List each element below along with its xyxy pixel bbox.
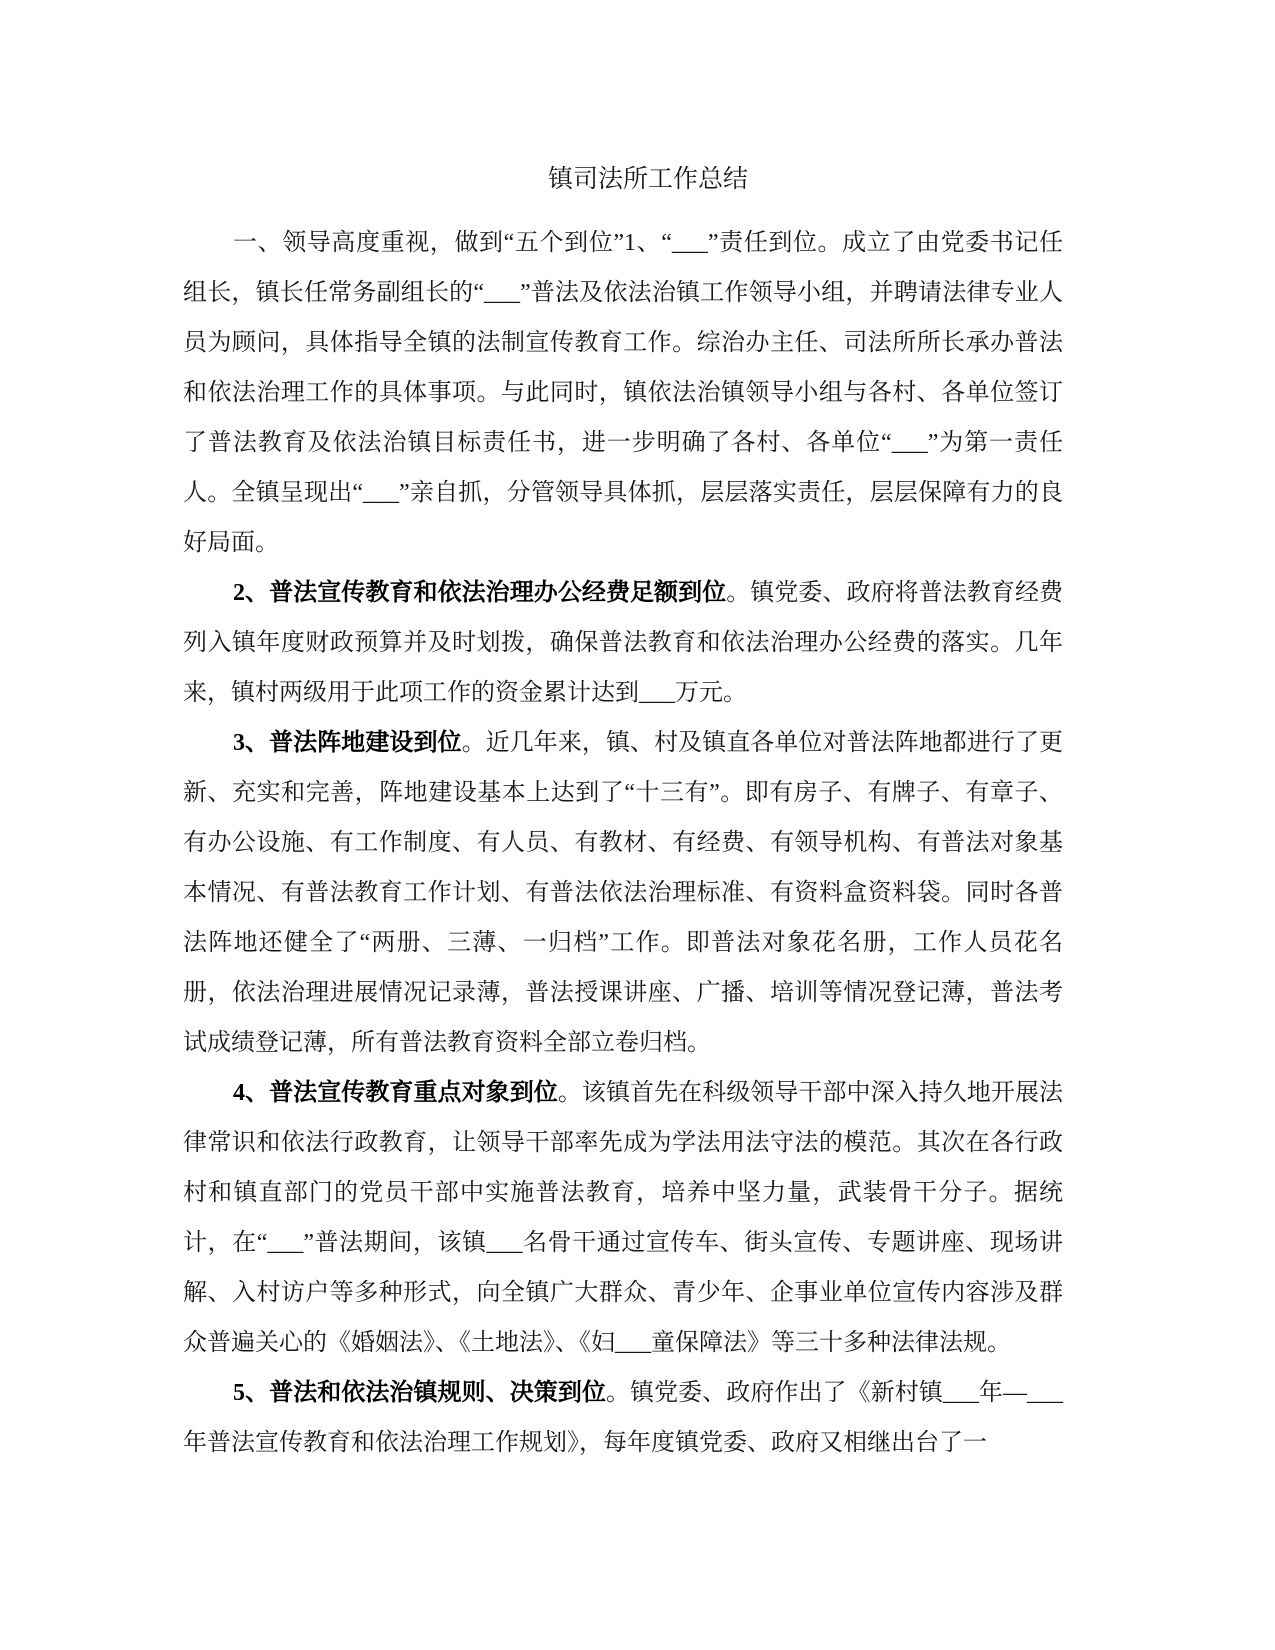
document-page: 镇司法所工作总结 一、领导高度重视，做到“五个到位”1、“___”责任到位。成立… <box>0 0 1275 1650</box>
document-title: 镇司法所工作总结 <box>183 155 1063 205</box>
paragraph-heading-run: 5、普法和依法治镇规则、决策到位 <box>233 1380 606 1406</box>
paragraph: 2、普法宣传教育和依法治理办公经费足额到位。镇党委、政府将普法教育经费列入镇年度… <box>183 568 1063 718</box>
paragraph: 一、领导高度重视，做到“五个到位”1、“___”责任到位。成立了由党委书记任组长… <box>183 218 1063 568</box>
paragraph-heading-run: 2、普法宣传教育和依法治理办公经费足额到位 <box>233 580 726 606</box>
paragraph-text-run: 。该镇首先在科级领导干部中深入持久地开展法律常识和依法行政教育，让领导干部率先成… <box>183 1080 1063 1356</box>
paragraph-text-run: 一、领导高度重视，做到“五个到位”1、“___”责任到位。成立了由党委书记任组长… <box>183 230 1063 556</box>
document-content: 镇司法所工作总结 一、领导高度重视，做到“五个到位”1、“___”责任到位。成立… <box>183 155 1063 1468</box>
paragraph-heading-run: 3、普法阵地建设到位 <box>233 730 462 756</box>
document-body: 一、领导高度重视，做到“五个到位”1、“___”责任到位。成立了由党委书记任组长… <box>183 218 1063 1468</box>
paragraph: 5、普法和依法治镇规则、决策到位。镇党委、政府作出了《新村镇___年—___年普… <box>183 1368 1063 1468</box>
paragraph-text-run: 。近几年来，镇、村及镇直各单位对普法阵地都进行了更新、充实和完善，阵地建设基本上… <box>183 730 1063 1056</box>
paragraph: 4、普法宣传教育重点对象到位。该镇首先在科级领导干部中深入持久地开展法律常识和依… <box>183 1068 1063 1368</box>
paragraph: 3、普法阵地建设到位。近几年来，镇、村及镇直各单位对普法阵地都进行了更新、充实和… <box>183 718 1063 1068</box>
paragraph-heading-run: 4、普法宣传教育重点对象到位 <box>233 1080 558 1106</box>
